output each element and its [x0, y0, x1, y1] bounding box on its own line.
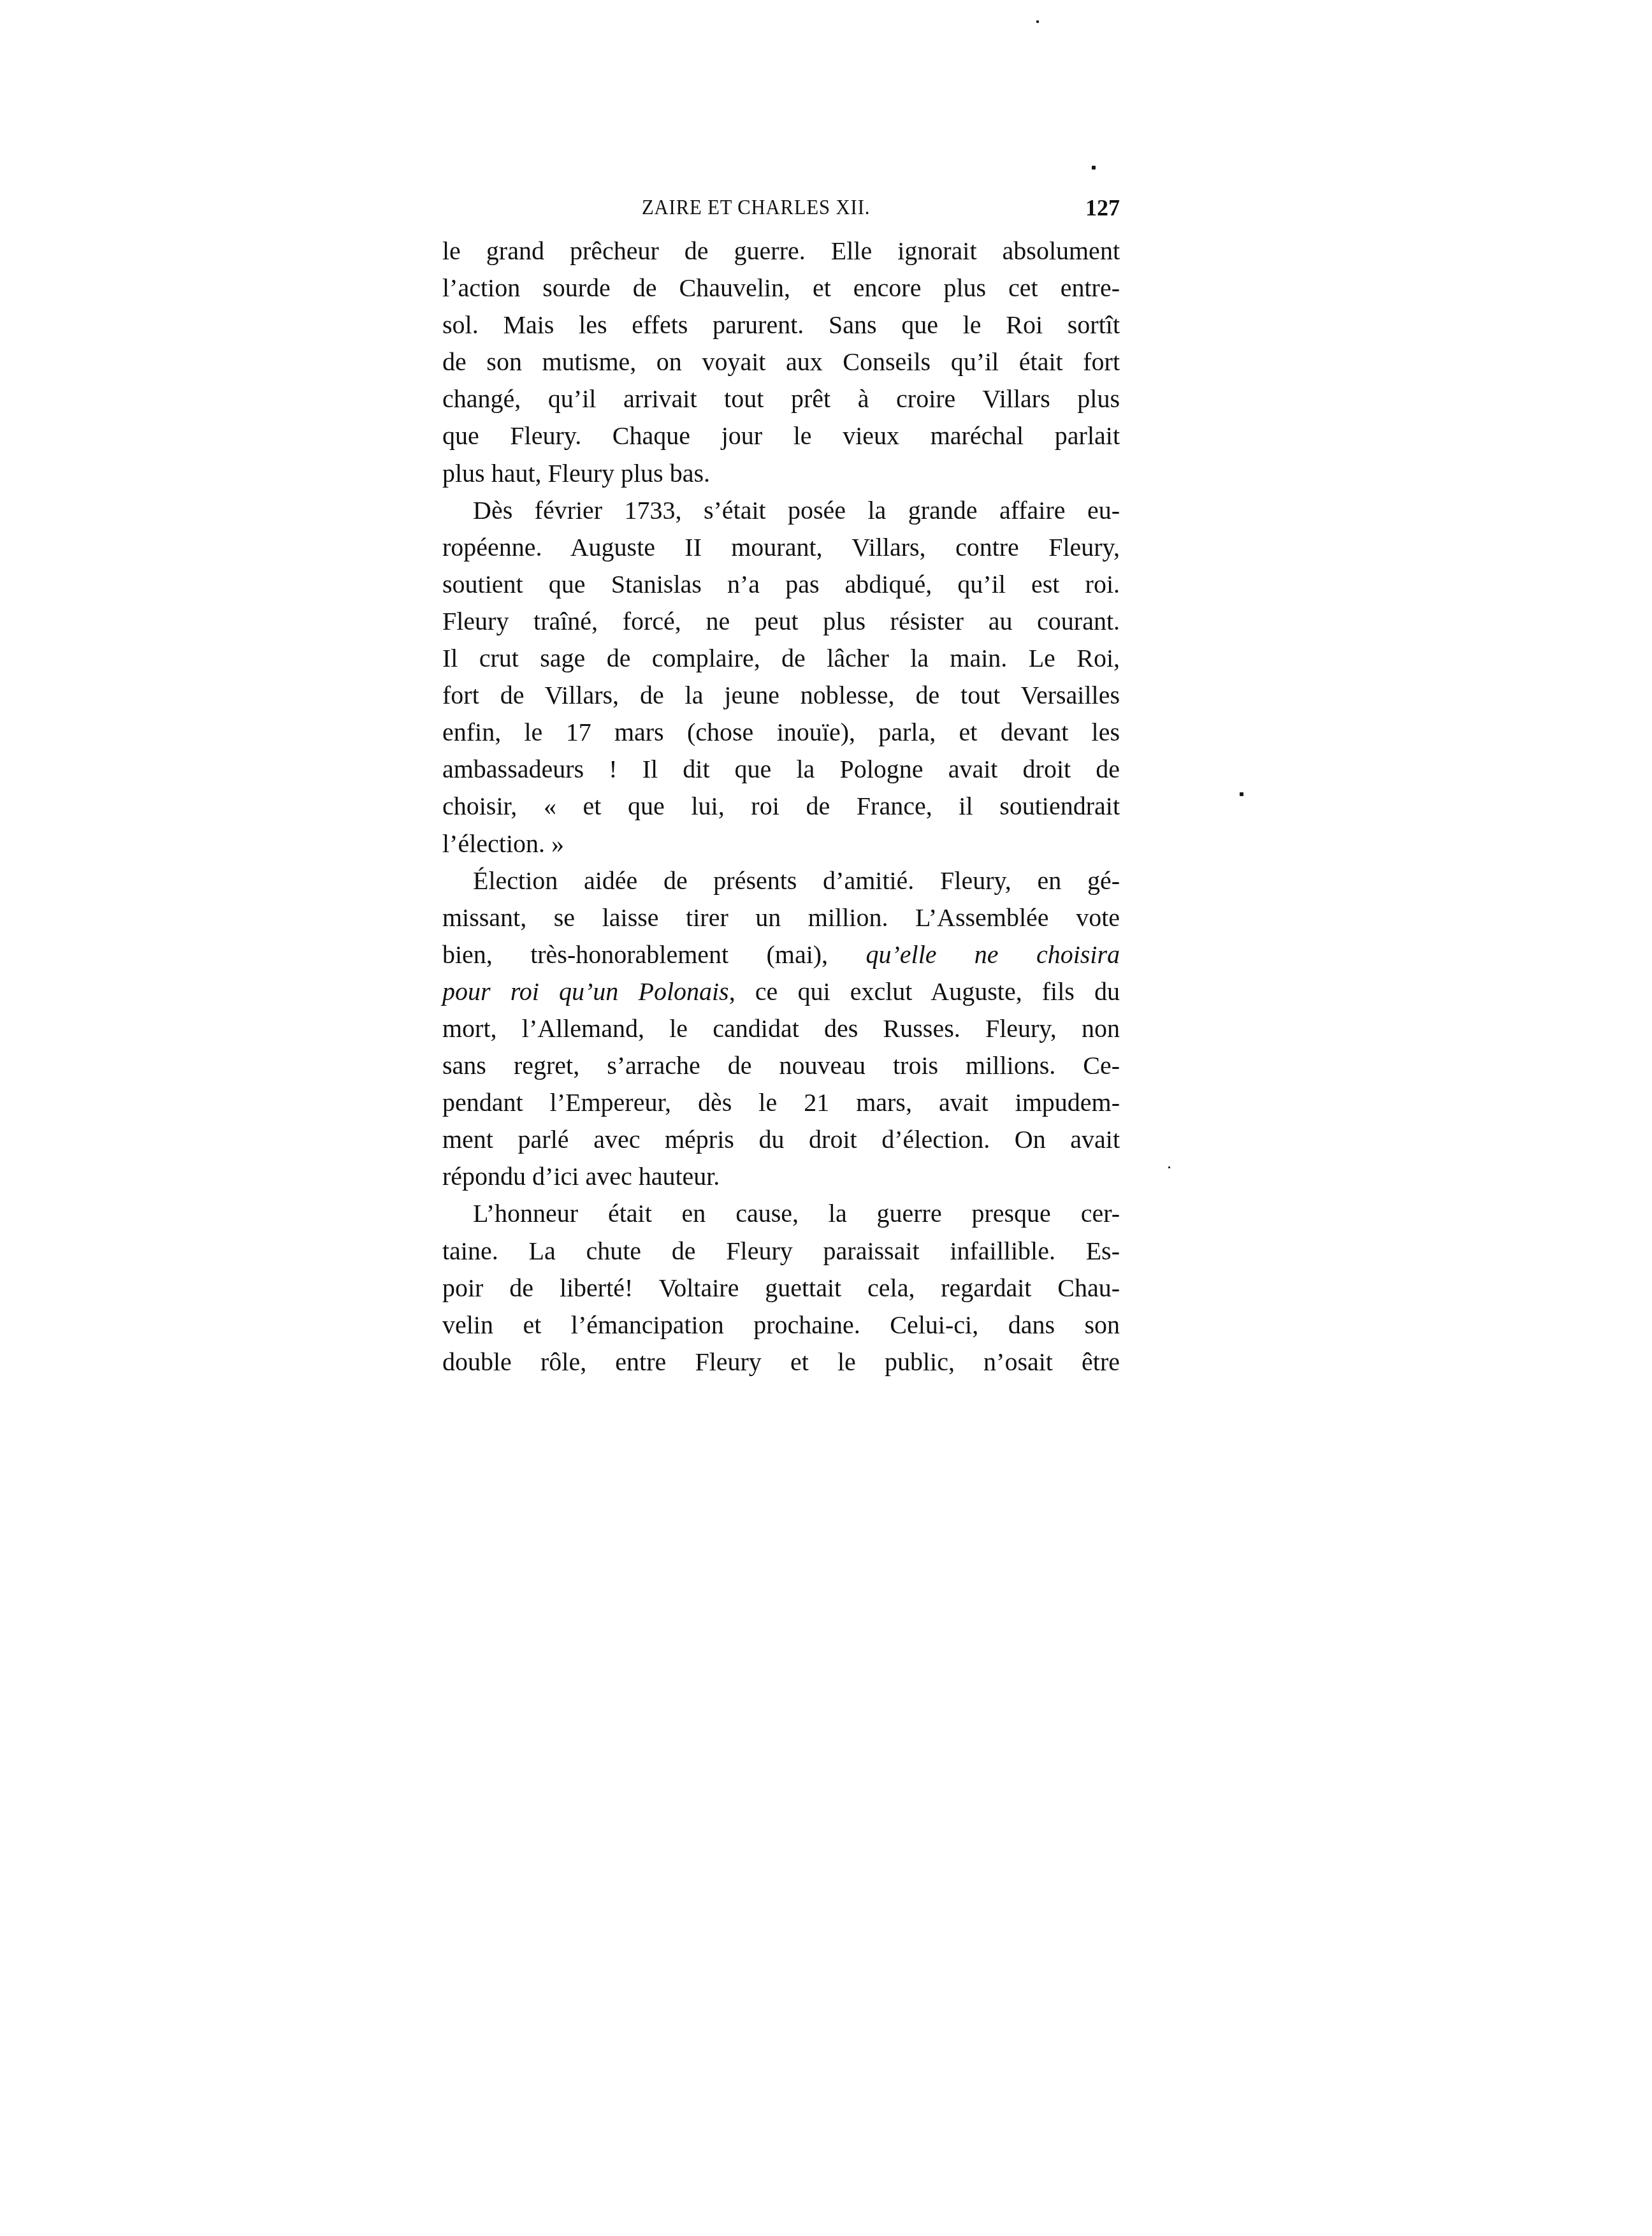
text-line: taine. La chute de Fleury paraissait inf… [442, 1233, 1120, 1270]
scan-speck [1092, 166, 1096, 170]
italic-quote: qu’elle ne choisira [866, 940, 1120, 969]
text-line: velin et l’émancipation prochaine. Celui… [442, 1307, 1120, 1344]
text-line: soutient que Stanislas n’a pas abdiqué, … [442, 566, 1120, 603]
text-line-paragraph-start: Dès février 1733, s’était posée la grand… [442, 492, 1120, 529]
text-line: ropéenne. Auguste II mourant, Villars, c… [442, 529, 1120, 566]
text-line: ment parlé avec mépris du droit d’électi… [442, 1121, 1120, 1158]
text-line: Il crut sage de complaire, de lâcher la … [442, 640, 1120, 677]
book-page: ZAIRE ET CHARLES XII. 127 le grand prêch… [0, 0, 1652, 2236]
text-line: fort de Villars, de la jeune noblesse, d… [442, 677, 1120, 714]
text-line: que Fleury. Chaque jour le vieux marécha… [442, 417, 1120, 454]
text-line-paragraph-end: l’élection. » [442, 825, 1120, 862]
text-line-paragraph-start: Élection aidée de présents d’amitié. Fle… [442, 862, 1120, 899]
body-text: le grand prêcheur de guerre. Elle ignora… [442, 233, 1120, 1381]
text-line: mort, l’Allemand, le candidat des Russes… [442, 1010, 1120, 1047]
text-line: l’action sourde de Chauvelin, et encore … [442, 270, 1120, 307]
italic-quote: pour roi qu’un Polonais [442, 977, 729, 1006]
text-line: de son mutisme, on voyait aux Conseils q… [442, 344, 1120, 381]
page-number: 127 [1085, 194, 1120, 222]
text-line: poir de liberté! Voltaire guettait cela,… [442, 1270, 1120, 1307]
text-line: sans regret, s’arrache de nouveau trois … [442, 1047, 1120, 1084]
text-line: double rôle, entre Fleury et le public, … [442, 1344, 1120, 1381]
scan-speck [1240, 792, 1243, 796]
text-line-paragraph-start: L’honneur était en cause, la guerre pres… [442, 1195, 1120, 1232]
text-line: bien, très-honorablement (mai), qu’elle … [442, 936, 1120, 973]
text-line-paragraph-end: plus haut, Fleury plus bas. [442, 455, 1120, 492]
running-head-title: ZAIRE ET CHARLES XII. [642, 194, 870, 222]
text-line: pour roi qu’un Polonais, ce qui exclut A… [442, 973, 1120, 1010]
text-line: le grand prêcheur de guerre. Elle ignora… [442, 233, 1120, 270]
scan-speck [1036, 20, 1039, 23]
scan-speck [1168, 1166, 1170, 1168]
text-line: Fleury traîné, forcé, ne peut plus résis… [442, 603, 1120, 640]
text-line-paragraph-end: répondu d’ici avec hauteur. [442, 1158, 1120, 1195]
text-line: changé, qu’il arrivait tout prêt à croir… [442, 381, 1120, 417]
text-line: sol. Mais les effets parurent. Sans que … [442, 307, 1120, 344]
running-head: ZAIRE ET CHARLES XII. 127 [642, 194, 1120, 222]
text-line: choisir, « et que lui, roi de France, il… [442, 788, 1120, 825]
text-line: pendant l’Empereur, dès le 21 mars, avai… [442, 1084, 1120, 1121]
text-line: ambassadeurs ! Il dit que la Pologne ava… [442, 751, 1120, 788]
text-line: missant, se laisse tirer un million. L’A… [442, 899, 1120, 936]
text-line: enfin, le 17 mars (chose inouïe), parla,… [442, 714, 1120, 751]
